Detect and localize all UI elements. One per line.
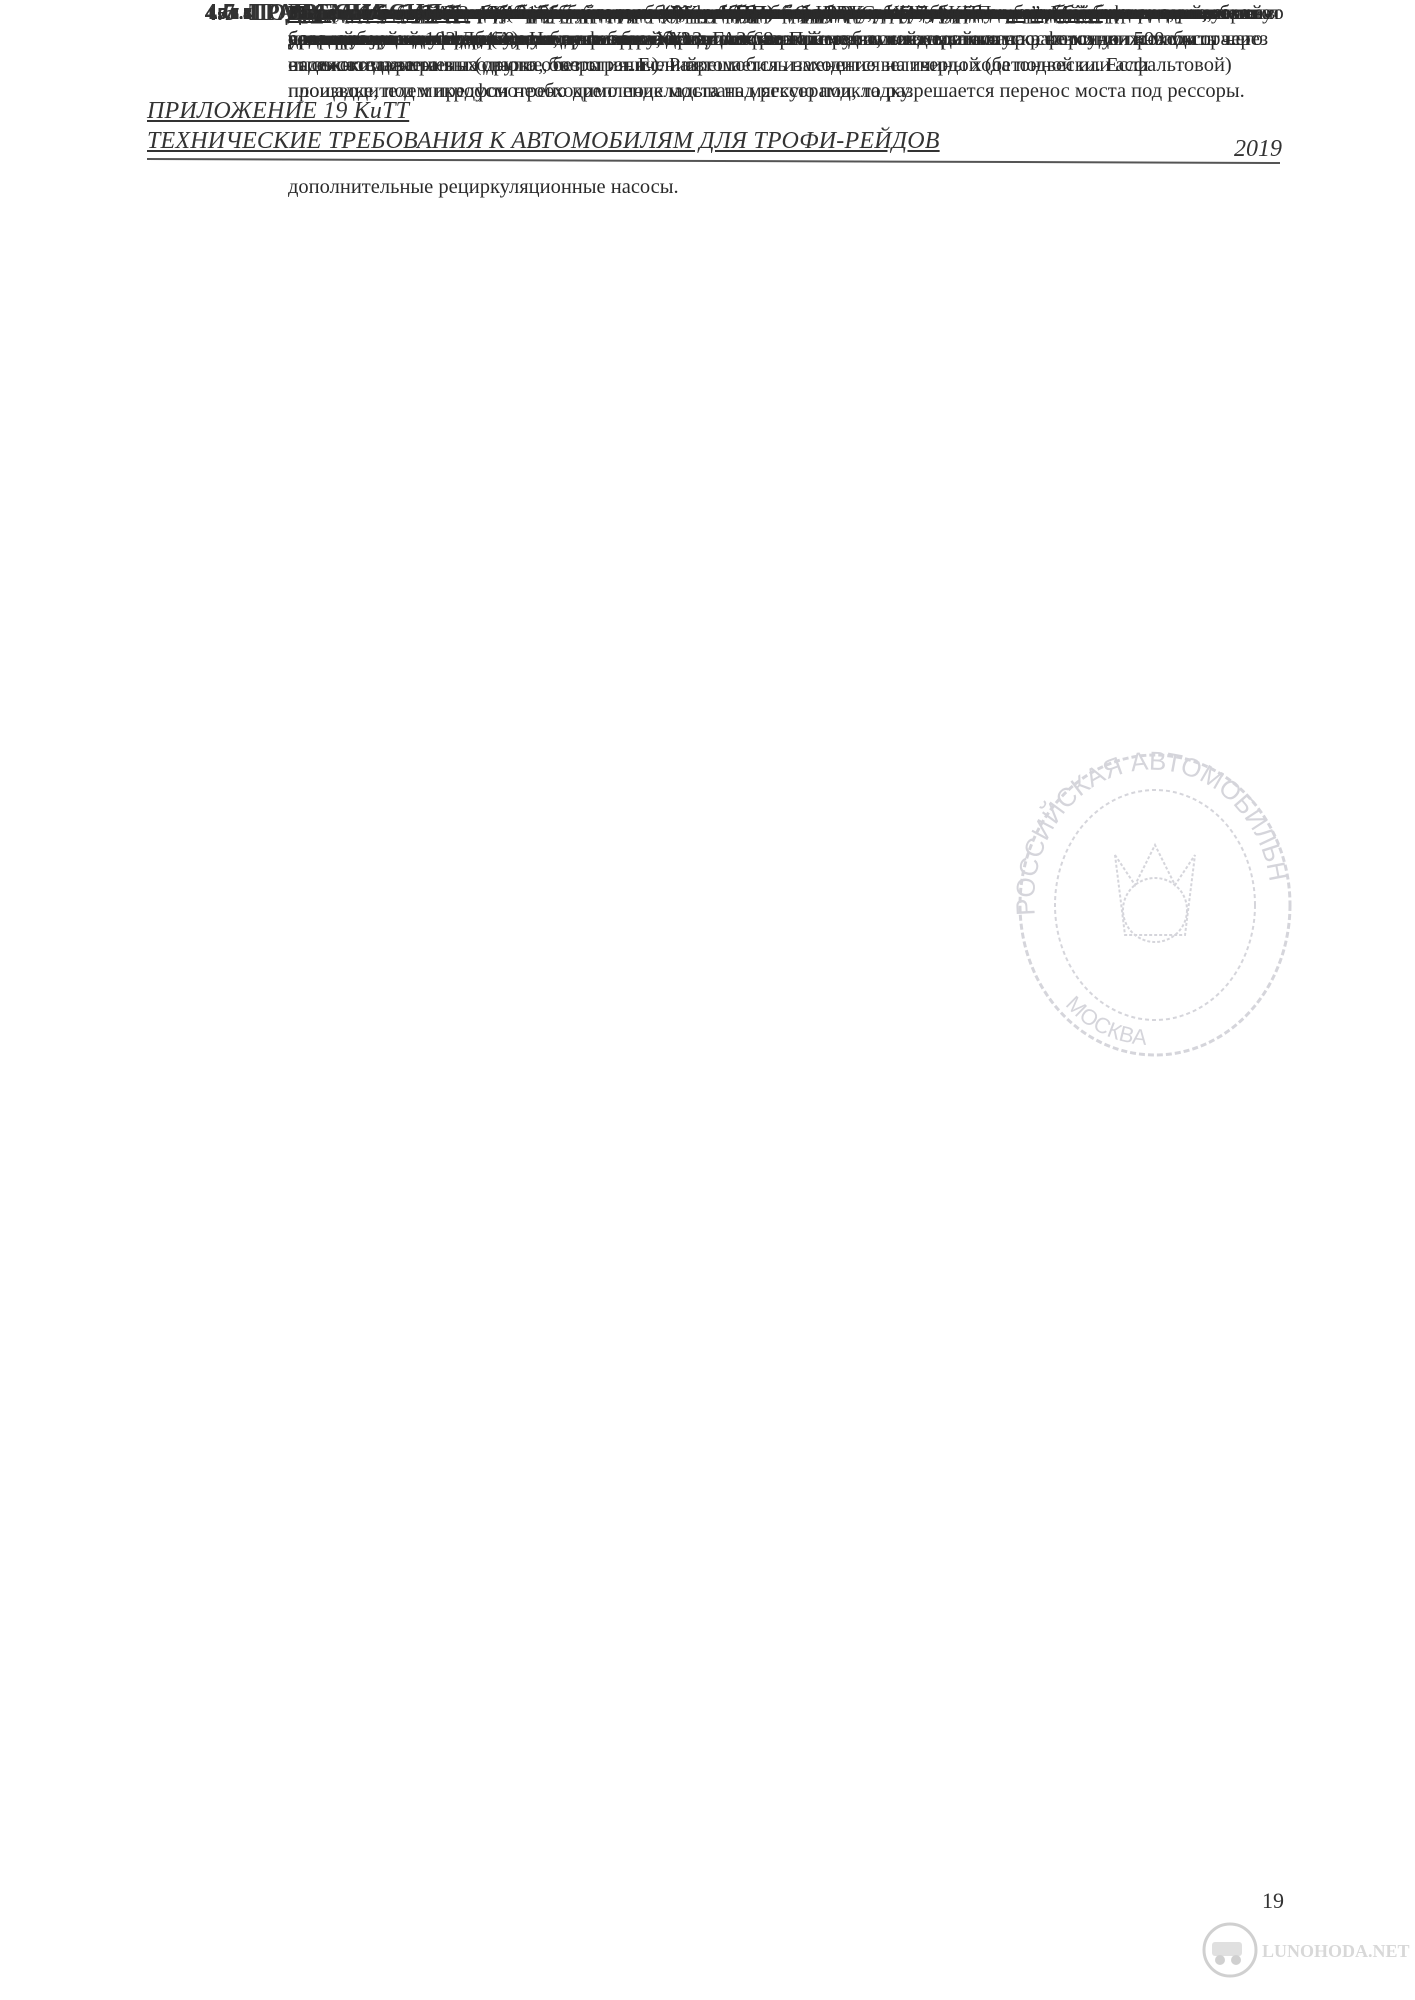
- underlined-term: передней и: [1006, 2, 1103, 24]
- page-number: 19: [1262, 1888, 1284, 1914]
- svg-text:РОССИЙСКАЯ АВТОМОБИЛЬНАЯ ФЕДЕР: РОССИЙСКАЯ АВТОМОБИЛЬНАЯ ФЕДЕРАЦИЯ: [1005, 735, 1294, 916]
- item-text-body: На автомобилях УАЗ-469, 3151 и всех их м…: [288, 2, 1006, 24]
- document-page: ПРИЛОЖЕНИЕ 19 КиТТ ТЕХНИЧЕСКИЕ ТРЕБОВАНИ…: [0, 0, 1415, 2000]
- svg-text:МОСКВА: МОСКВА: [1061, 991, 1148, 1050]
- watermark-text: LUNOHODA.NET: [1262, 1941, 1410, 1961]
- official-stamp: РОССИЙСКАЯ АВТОМОБИЛЬНАЯ ФЕДЕРАЦИЯ МОСКВ…: [1005, 735, 1295, 1065]
- header-year: 2019: [1234, 136, 1282, 163]
- item-number: [205, 174, 288, 200]
- rover-emblem-icon: LUNOHODA.NET: [1190, 1915, 1415, 1985]
- stamp-text-bottom: МОСКВА: [1061, 991, 1148, 1050]
- item-text: дополнительные рециркуляционные насосы.: [288, 174, 1285, 200]
- list-item: 4.7.1.3На автомобилях УАЗ-469, 3151 и вс…: [205, 0, 1285, 27]
- header-document-title: ТЕХНИЧЕСКИЕ ТРЕБОВАНИЯ К АВТОМОБИЛЯМ ДЛЯ…: [147, 128, 940, 155]
- watermark-logo: LUNOHODA.NET: [1190, 1915, 1415, 1985]
- item-number: 4.7.1.3: [205, 0, 288, 27]
- header-rule: [147, 158, 1280, 164]
- list-item: дополнительные рециркуляционные насосы.: [205, 174, 1285, 200]
- stamp-text-top: РОССИЙСКАЯ АВТОМОБИЛЬНАЯ ФЕДЕРАЦИЯ: [1005, 735, 1294, 916]
- item-text: На автомобилях УАЗ-469, 3151 и всех их м…: [288, 0, 1285, 27]
